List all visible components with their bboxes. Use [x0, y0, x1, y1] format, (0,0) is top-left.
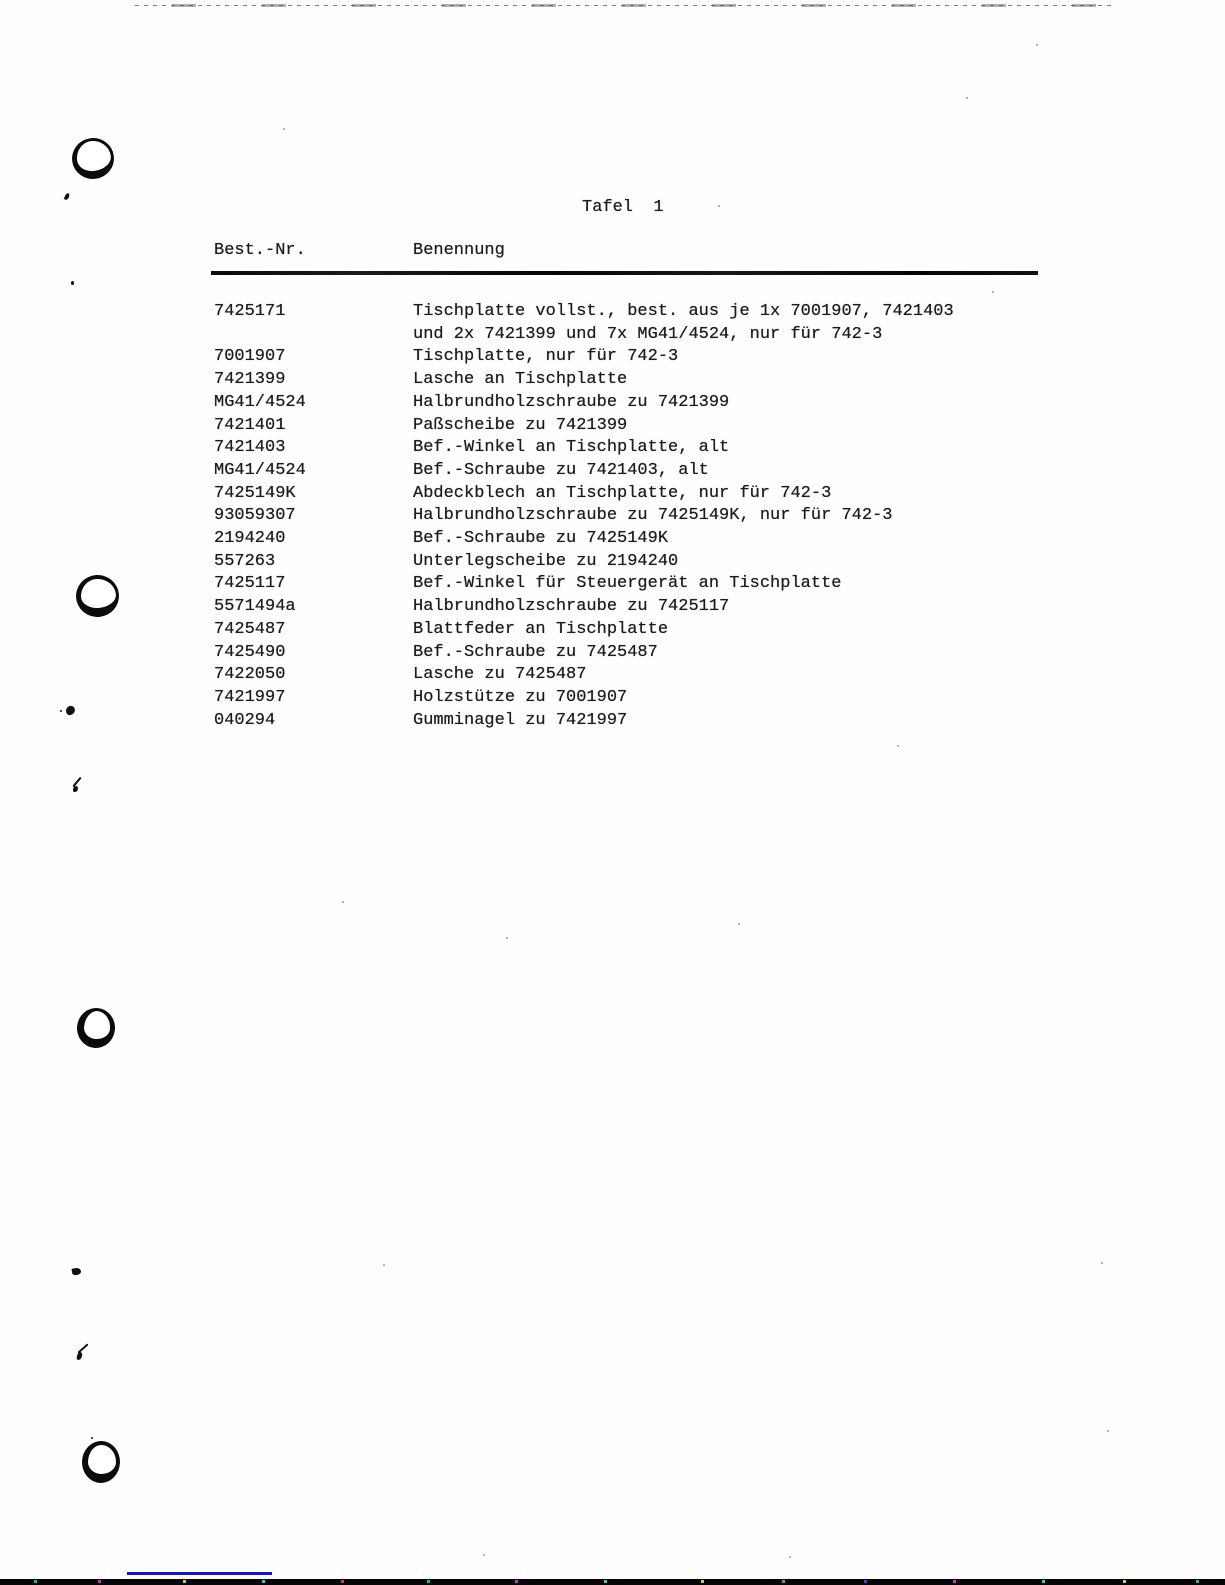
noise-fleck: [515, 1580, 518, 1583]
noise-fleck: [183, 1580, 186, 1583]
table-row: 5571494aHalbrundholzschraube zu 7425117: [214, 596, 1074, 619]
punch-hole: [75, 574, 121, 619]
scan-speck: [483, 1554, 485, 1556]
part-number: 7425171: [214, 301, 413, 346]
scan-speck: [789, 1556, 791, 1558]
noise-fleck: [953, 1580, 956, 1583]
margin-mark: [64, 192, 71, 200]
noise-fleck: [427, 1580, 430, 1583]
part-number: 7425490: [214, 642, 413, 665]
part-name: Lasche an Tischplatte: [413, 369, 627, 392]
noise-fleck: [341, 1580, 344, 1583]
noise-fleck: [1196, 1580, 1199, 1583]
table-row: 7421403Bef.-Winkel an Tischplatte, alt: [214, 437, 1074, 460]
scan-speck: [283, 128, 285, 130]
scan-speck: [992, 291, 994, 293]
scan-speck: [383, 1264, 385, 1266]
table-row: MG41/4524Bef.-Schraube zu 7421403, alt: [214, 460, 1074, 483]
blue-underline-artifact: [127, 1572, 272, 1575]
part-number: 7421399: [214, 369, 413, 392]
table-row: MG41/4524Halbrundholzschraube zu 7421399: [214, 392, 1074, 415]
part-number: 7425487: [214, 619, 413, 642]
scanned-document-page: Tafel 1 Best.-Nr. Benennung 7425171Tisch…: [0, 0, 1225, 1585]
part-name: Bef.-Winkel an Tischplatte, alt: [413, 437, 729, 460]
scan-speck: [897, 745, 899, 747]
part-name: Gumminagel zu 7421997: [413, 710, 627, 733]
noise-fleck: [98, 1580, 101, 1583]
part-name: Holzstütze zu 7001907: [413, 687, 627, 710]
punch-hole: [69, 135, 116, 181]
noise-fleck: [701, 1580, 704, 1583]
margin-mark: [60, 710, 62, 712]
part-name: Halbrundholzschraube zu 7425149K, nur fü…: [413, 505, 892, 528]
table-row: 7421401Paßscheibe zu 7421399: [214, 415, 1074, 438]
table-row: 7421399Lasche an Tischplatte: [214, 369, 1074, 392]
noise-fleck: [604, 1580, 607, 1583]
part-name: Bef.-Schraube zu 7425487: [413, 642, 658, 665]
margin-mark: [91, 1437, 93, 1439]
table-row: 7425149KAbdeckblech an Tischplatte, nur …: [214, 483, 1074, 506]
parts-table: 7425171Tischplatte vollst., best. aus je…: [214, 301, 1074, 732]
margin-mark: [78, 1343, 89, 1353]
table-row: 557263Unterlegscheibe zu 2194240: [214, 551, 1074, 574]
punch-hole: [81, 1440, 120, 1483]
part-name: Tischplatte, nur für 742-3: [413, 346, 678, 369]
scan-artifact-top-dashes: [135, 4, 1114, 7]
part-number: MG41/4524: [214, 392, 413, 415]
margin-mark: [71, 1267, 81, 1275]
scan-speck: [1036, 44, 1038, 46]
margin-mark: [65, 705, 76, 716]
part-number: 7001907: [214, 346, 413, 369]
part-name: Lasche zu 7425487: [413, 664, 586, 687]
part-name: Blattfeder an Tischplatte: [413, 619, 668, 642]
part-name: Halbrundholzschraube zu 7425117: [413, 596, 729, 619]
page-title: Tafel 1: [582, 197, 664, 220]
part-number: 7421997: [214, 687, 413, 710]
part-number: MG41/4524: [214, 460, 413, 483]
scan-artifact-bottom-bar: [0, 1579, 1225, 1585]
scan-speck: [738, 923, 740, 925]
noise-fleck: [1042, 1580, 1045, 1583]
part-name: Unterlegscheibe zu 2194240: [413, 551, 678, 574]
table-row: 040294Gumminagel zu 7421997: [214, 710, 1074, 733]
part-name: Halbrundholzschraube zu 7421399: [413, 392, 729, 415]
scan-speck: [1101, 1262, 1103, 1264]
punch-hole: [75, 1006, 117, 1050]
part-number: 557263: [214, 551, 413, 574]
part-name: Abdeckblech an Tischplatte, nur für 742-…: [413, 483, 831, 506]
table-row: 7001907Tischplatte, nur für 742-3: [214, 346, 1074, 369]
part-number: 7421401: [214, 415, 413, 438]
part-number: 93059307: [214, 505, 413, 528]
scan-speck: [718, 205, 720, 207]
table-row: 7425490Bef.-Schraube zu 7425487: [214, 642, 1074, 665]
part-name: Bef.-Schraube zu 7425149K: [413, 528, 668, 551]
part-number: 7422050: [214, 664, 413, 687]
part-name: Bef.-Schraube zu 7421403, alt: [413, 460, 709, 483]
column-header-benennung: Benennung: [413, 240, 505, 263]
noise-fleck: [864, 1580, 867, 1583]
scan-speck: [1107, 1430, 1109, 1432]
part-number: 7421403: [214, 437, 413, 460]
margin-mark: [71, 281, 74, 285]
part-number: 7425149K: [214, 483, 413, 506]
part-name: Tischplatte vollst., best. aus je 1x 700…: [413, 301, 954, 346]
noise-fleck: [1123, 1580, 1126, 1583]
part-number: 5571494a: [214, 596, 413, 619]
part-name: Bef.-Winkel für Steuergerät an Tischplat…: [413, 573, 841, 596]
scan-speck: [506, 937, 508, 939]
noise-fleck: [34, 1580, 37, 1583]
table-row: 7421997Holzstütze zu 7001907: [214, 687, 1074, 710]
table-row: 7425487Blattfeder an Tischplatte: [214, 619, 1074, 642]
table-row: 93059307Halbrundholzschraube zu 7425149K…: [214, 505, 1074, 528]
noise-fleck: [262, 1580, 265, 1583]
part-number: 040294: [214, 710, 413, 733]
part-name: Paßscheibe zu 7421399: [413, 415, 627, 438]
noise-fleck: [782, 1580, 785, 1583]
table-row: 2194240Bef.-Schraube zu 7425149K: [214, 528, 1074, 551]
column-header-best-nr: Best.-Nr.: [214, 240, 306, 263]
header-rule: [211, 271, 1038, 275]
table-row: 7425117Bef.-Winkel für Steuergerät an Ti…: [214, 573, 1074, 596]
scan-speck: [966, 97, 968, 99]
part-number: 7425117: [214, 573, 413, 596]
table-row: 7425171Tischplatte vollst., best. aus je…: [214, 301, 1074, 346]
scan-speck: [342, 901, 344, 903]
table-row: 7422050Lasche zu 7425487: [214, 664, 1074, 687]
part-number: 2194240: [214, 528, 413, 551]
